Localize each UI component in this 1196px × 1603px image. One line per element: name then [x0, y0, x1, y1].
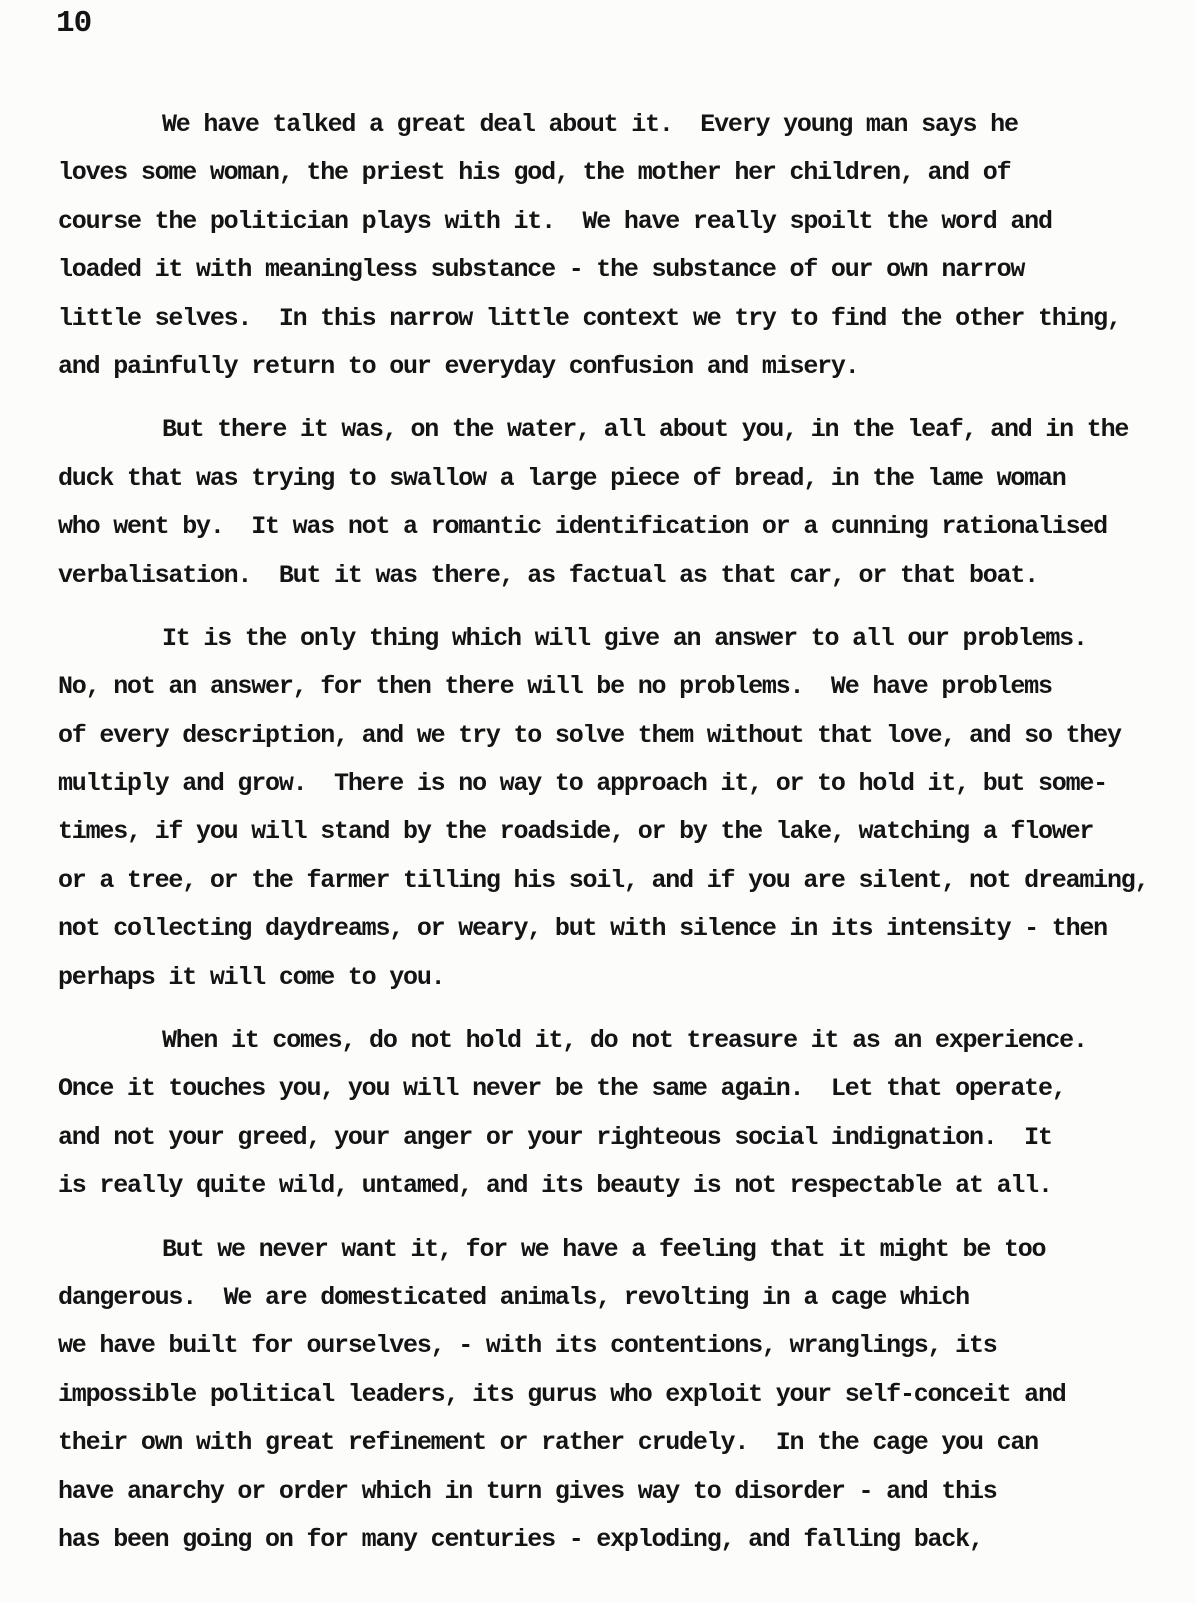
text-line: Once it touches you, you will never be t…	[58, 1065, 1158, 1113]
text-line: who went by. It was not a romantic ident…	[58, 503, 1158, 551]
text-line: and painfully return to our everyday con…	[58, 343, 1158, 391]
text-line: their own with great refinement or rathe…	[58, 1419, 1158, 1467]
text-line: is really quite wild, untamed, and its b…	[58, 1162, 1158, 1210]
text-line: It is the only thing which will give an …	[58, 615, 1158, 663]
paragraph: But we never want it, for we have a feel…	[58, 1226, 1158, 1565]
text-line: But there it was, on the water, all abou…	[58, 406, 1158, 454]
text-line: has been going on for many centuries - e…	[58, 1516, 1158, 1564]
text-line: loves some woman, the priest his god, th…	[58, 149, 1158, 197]
document-page: 10 We have talked a great deal about it.…	[0, 0, 1196, 1603]
text-line: or a tree, or the farmer tilling his soi…	[58, 857, 1158, 905]
paragraph: When it comes, do not hold it, do not tr…	[58, 1017, 1158, 1211]
text-line: and not your greed, your anger or your r…	[58, 1114, 1158, 1162]
text-line: times, if you will stand by the roadside…	[58, 808, 1158, 856]
text-line: have anarchy or order which in turn give…	[58, 1468, 1158, 1516]
text-line: loaded it with meaningless substance - t…	[58, 246, 1158, 294]
text-line: we have built for ourselves, - with its …	[58, 1322, 1158, 1370]
text-line: When it comes, do not hold it, do not tr…	[58, 1017, 1158, 1065]
paragraph: We have talked a great deal about it. Ev…	[58, 101, 1158, 391]
page-number: 10	[56, 6, 91, 42]
paragraph: But there it was, on the water, all abou…	[58, 406, 1158, 600]
text-line: dangerous. We are domesticated animals, …	[58, 1274, 1158, 1322]
paragraph: It is the only thing which will give an …	[58, 615, 1158, 1002]
document-body: We have talked a great deal about it. Ev…	[58, 101, 1158, 1564]
text-line: of every description, and we try to solv…	[58, 712, 1158, 760]
text-line: multiply and grow. There is no way to ap…	[58, 760, 1158, 808]
text-line: duck that was trying to swallow a large …	[58, 455, 1158, 503]
text-line: We have talked a great deal about it. Ev…	[58, 101, 1158, 149]
text-line: No, not an answer, for then there will b…	[58, 663, 1158, 711]
text-line: impossible political leaders, its gurus …	[58, 1371, 1158, 1419]
text-line: not collecting daydreams, or weary, but …	[58, 905, 1158, 953]
text-line: verbalisation. But it was there, as fact…	[58, 552, 1158, 600]
text-line: course the politician plays with it. We …	[58, 198, 1158, 246]
text-line: But we never want it, for we have a feel…	[58, 1226, 1158, 1274]
text-line: perhaps it will come to you.	[58, 954, 1158, 1002]
text-line: little selves. In this narrow little con…	[58, 295, 1158, 343]
